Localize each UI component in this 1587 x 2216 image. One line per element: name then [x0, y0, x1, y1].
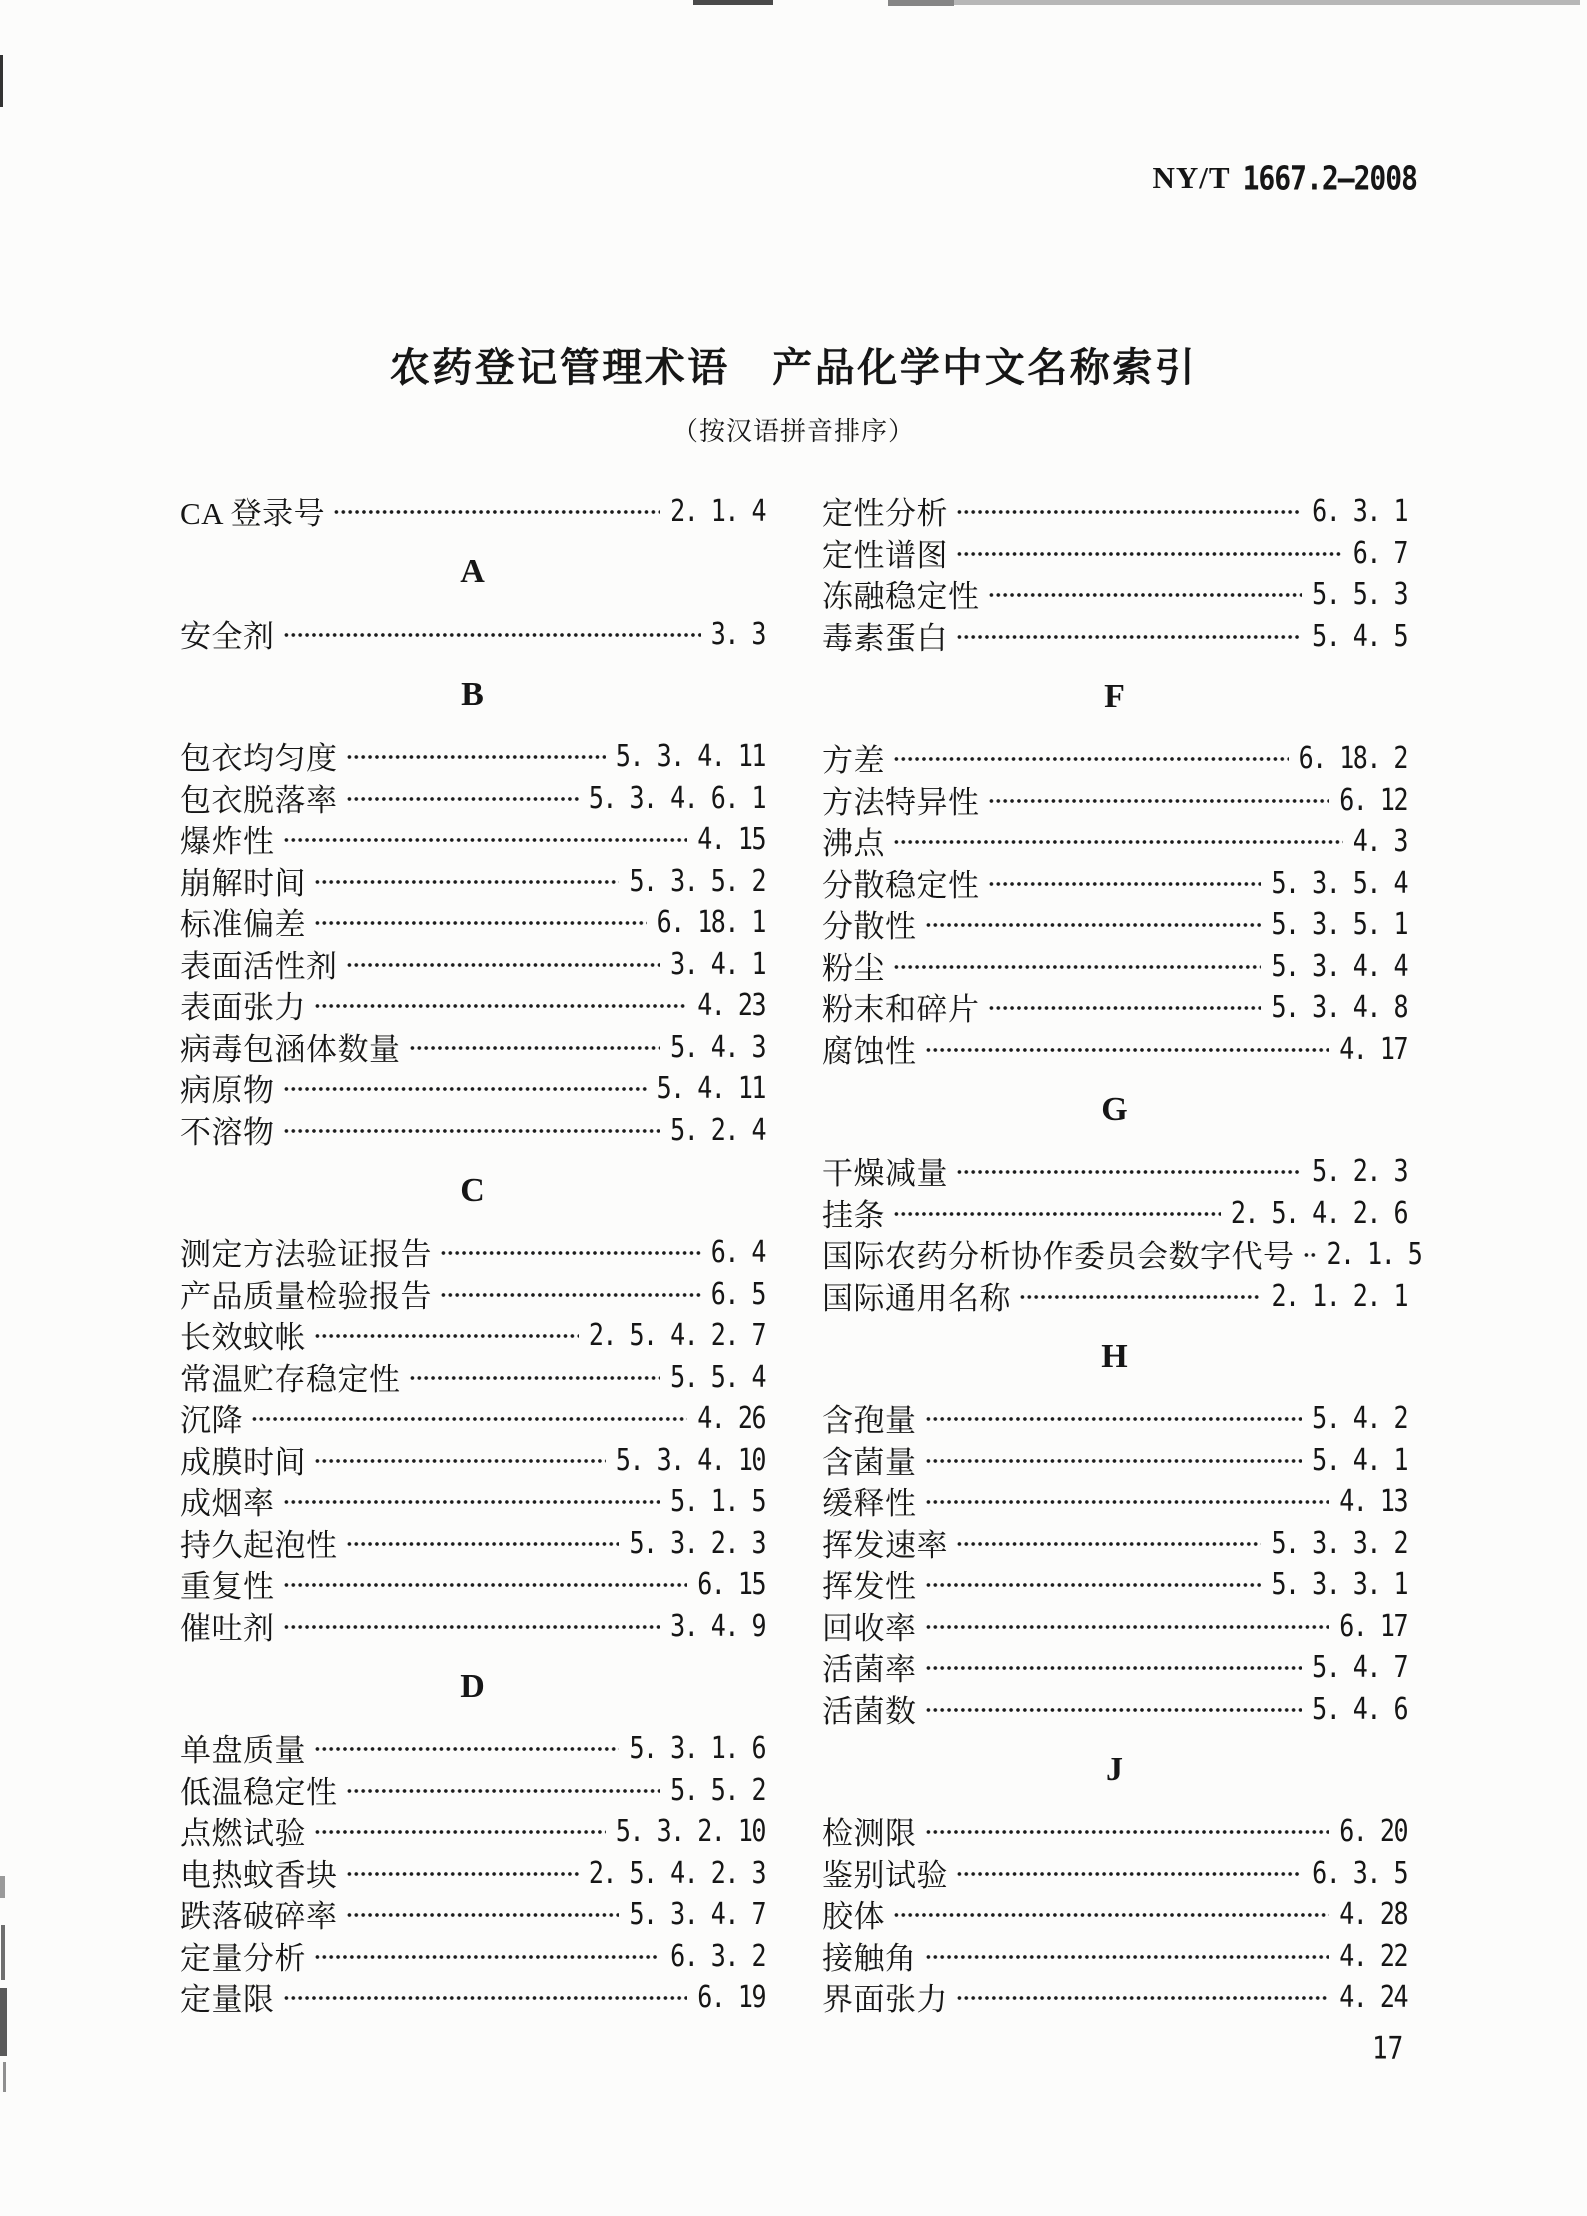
index-entry: 沉降4. 26 [180, 1397, 765, 1439]
dotted-leader [409, 1045, 661, 1051]
index-entry: 挂条2. 5. 4. 2. 6 [822, 1192, 1407, 1234]
dotted-leader [956, 551, 1343, 557]
entry-ref: 3. 4. 9 [670, 1608, 765, 1643]
entry-term: 分散稳定性 [822, 860, 980, 905]
index-entry: 活菌率5. 4. 7 [822, 1646, 1407, 1688]
page-subtitle: （按汉语拼音排序） [0, 411, 1587, 448]
index-entry: 鉴别试验6. 3. 5 [822, 1852, 1407, 1894]
entry-term: 回收率 [822, 1603, 917, 1648]
entry-term: 低温稳定性 [180, 1767, 338, 1812]
dotted-leader [346, 1871, 579, 1877]
entry-ref: 6. 3. 2 [670, 1938, 765, 1973]
dotted-leader [956, 1871, 1302, 1877]
entry-term: 标准偏差 [180, 899, 306, 944]
entry-term: 持久起泡性 [180, 1520, 338, 1565]
entry-term: 不溶物 [180, 1107, 275, 1152]
index-entry: 冻融稳定性5. 5. 3 [822, 573, 1407, 615]
entry-term: 催吐剂 [180, 1603, 275, 1648]
dotted-leader [925, 1624, 1330, 1630]
index-entry: 干燥减量5. 2. 3 [822, 1150, 1407, 1192]
index-entry: 包衣均匀度5. 3. 4. 11 [180, 735, 765, 777]
dotted-leader [314, 1003, 687, 1009]
index-entry: 成烟率5. 1. 5 [180, 1480, 765, 1522]
dotted-leader [346, 1912, 620, 1918]
index-entry: 病毒包涵体数量5. 4. 3 [180, 1026, 765, 1068]
dotted-leader [925, 922, 1262, 928]
entry-term: 检测限 [822, 1808, 917, 1853]
scan-artifact [888, 0, 954, 6]
index-entry: 低温稳定性5. 5. 2 [180, 1769, 765, 1811]
dotted-leader [440, 1250, 701, 1256]
entry-term: 干燥减量 [822, 1148, 948, 1193]
entry-term: 单盘质量 [180, 1725, 306, 1770]
dotted-leader [956, 1169, 1302, 1175]
index-entry: 跌落破碎率5. 3. 4. 7 [180, 1893, 765, 1935]
dotted-leader [283, 1624, 661, 1630]
section-letter-row: B [180, 654, 765, 735]
dotted-leader [346, 796, 579, 802]
entry-term: 表面张力 [180, 982, 306, 1027]
entry-ref: 5. 3. 5. 4 [1271, 865, 1407, 900]
dotted-leader [346, 754, 606, 760]
dotted-leader [925, 1458, 1303, 1464]
section-letter-row: H [822, 1316, 1407, 1397]
entry-term: 包衣均匀度 [180, 733, 338, 778]
index-column-left: CA 登录号2. 1. 4A安全剂3. 3B包衣均匀度5. 3. 4. 11包衣… [180, 490, 765, 2018]
dotted-leader [988, 798, 1330, 804]
section-letter: J [1106, 1751, 1123, 1789]
dotted-leader [333, 509, 660, 515]
entry-term: 病毒包涵体数量 [180, 1024, 401, 1069]
entry-ref: 5. 3. 4. 10 [616, 1442, 765, 1477]
entry-term: 界面张力 [822, 1974, 948, 2019]
index-entry: 粉末和碎片5. 3. 4. 8 [822, 986, 1407, 1028]
entry-ref: 5. 3. 5. 2 [629, 863, 765, 898]
entry-ref: 6. 12 [1339, 782, 1407, 817]
entry-term: 国际通用名称 [822, 1273, 1011, 1318]
entry-term: 接触角 [822, 1933, 917, 1978]
section-letter: D [460, 1668, 485, 1706]
index-entry: 挥发速率5. 3. 3. 2 [822, 1522, 1407, 1564]
entry-ref: 5. 3. 4. 4 [1271, 948, 1407, 983]
scan-artifact [693, 0, 773, 5]
entry-ref: 5. 3. 3. 1 [1271, 1566, 1407, 1601]
entry-ref: 6. 5 [711, 1276, 765, 1311]
index-entry: 催吐剂3. 4. 9 [180, 1605, 765, 1647]
entry-ref: 4. 17 [1339, 1031, 1407, 1066]
page-title: 农药登记管理术语 产品化学中文名称索引 [0, 336, 1587, 393]
entry-term: 沉降 [180, 1395, 243, 1440]
entry-ref: 4. 23 [697, 987, 765, 1022]
entry-term: 缓释性 [822, 1478, 917, 1523]
index-entry: 成膜时间5. 3. 4. 10 [180, 1439, 765, 1481]
dotted-leader [988, 592, 1303, 598]
dotted-leader [925, 1416, 1303, 1422]
index-entry: 定性分析6. 3. 1 [822, 490, 1407, 532]
dotted-leader [893, 964, 1261, 970]
entry-term: 定量分析 [180, 1933, 306, 1978]
section-letter-row: G [822, 1069, 1407, 1150]
page-number: 17 [1372, 2031, 1403, 2067]
index-entry: 回收率6. 17 [822, 1605, 1407, 1647]
index-entry: 重复性6. 15 [180, 1563, 765, 1605]
dotted-leader [956, 509, 1302, 515]
entry-ref: 2. 1. 4 [670, 493, 765, 528]
entry-ref: 2. 5. 4. 2. 3 [589, 1855, 765, 1890]
entry-term: 腐蚀性 [822, 1026, 917, 1071]
entry-ref: 6. 18. 1 [657, 904, 765, 939]
index-entry: 表面张力4. 23 [180, 984, 765, 1026]
entry-term: 分散性 [822, 901, 917, 946]
index-entry: CA 登录号2. 1. 4 [180, 490, 765, 532]
scan-artifact [3, 2062, 6, 2092]
section-letter-row: F [822, 656, 1407, 737]
entry-ref: 2. 5. 4. 2. 7 [589, 1317, 765, 1352]
index-entry: 长效蚊帐2. 5. 4. 2. 7 [180, 1314, 765, 1356]
entry-term: 长效蚊帐 [180, 1312, 306, 1357]
entry-term: 毒素蛋白 [822, 613, 948, 658]
index-entry: 标准偏差6. 18. 1 [180, 901, 765, 943]
index-entry: 定性谱图6. 7 [822, 532, 1407, 574]
entry-ref: 5. 5. 3 [1312, 576, 1407, 611]
entry-ref: 5. 3. 2. 3 [629, 1525, 765, 1560]
index-entry: 粉尘5. 3. 4. 4 [822, 945, 1407, 987]
standard-code-prefix: NY/T [1152, 160, 1230, 196]
entry-ref: 5. 3. 2. 10 [616, 1813, 765, 1848]
dotted-leader [346, 1788, 661, 1794]
entry-term: 粉尘 [822, 943, 885, 988]
dotted-leader [925, 1499, 1330, 1505]
entry-ref: 3. 4. 1 [670, 946, 765, 981]
dotted-leader [314, 1333, 579, 1339]
entry-ref: 6. 17 [1339, 1608, 1407, 1643]
entry-term: CA 登录号 [180, 488, 325, 533]
entry-term: 测定方法验证报告 [180, 1229, 432, 1274]
dotted-leader [956, 634, 1302, 640]
index-entry: 包衣脱落率5. 3. 4. 6. 1 [180, 777, 765, 819]
entry-ref: 5. 5. 4 [670, 1359, 765, 1394]
scan-artifact [0, 1876, 5, 1898]
index-entry: 单盘质量5. 3. 1. 6 [180, 1727, 765, 1769]
entry-term: 含孢量 [822, 1395, 917, 1440]
dotted-leader [314, 879, 619, 885]
dotted-leader [409, 1375, 661, 1381]
section-letter-row: C [180, 1150, 765, 1231]
dotted-leader [440, 1292, 701, 1298]
dotted-leader [956, 1541, 1261, 1547]
entry-term: 活菌数 [822, 1686, 917, 1731]
entry-term: 定性分析 [822, 488, 948, 533]
entry-term: 挂条 [822, 1190, 885, 1235]
dotted-leader [314, 920, 647, 926]
scan-artifact [888, 0, 1580, 5]
index-entry: 常温贮存稳定性5. 5. 4 [180, 1356, 765, 1398]
entry-term: 成烟率 [180, 1478, 275, 1523]
index-entry: 方差6. 18. 2 [822, 737, 1407, 779]
index-entry: 不溶物5. 2. 4 [180, 1109, 765, 1151]
dotted-leader [893, 756, 1289, 762]
index-entry: 含孢量5. 4. 2 [822, 1397, 1407, 1439]
entry-term: 包衣脱落率 [180, 775, 338, 820]
entry-ref: 6. 19 [697, 1979, 765, 2014]
section-letter: H [1101, 1338, 1127, 1376]
dotted-leader [988, 1005, 1262, 1011]
entry-ref: 4. 13 [1339, 1483, 1407, 1518]
index-entry: 含菌量5. 4. 1 [822, 1439, 1407, 1481]
section-letter-row: D [180, 1646, 765, 1727]
index-entry: 爆炸性4. 15 [180, 818, 765, 860]
entry-ref: 6. 7 [1353, 535, 1407, 570]
dotted-leader [346, 962, 661, 968]
entry-ref: 5. 4. 5 [1312, 618, 1407, 653]
dotted-leader [893, 839, 1343, 845]
entry-ref: 6. 18. 2 [1299, 740, 1407, 775]
entry-term: 活菌率 [822, 1644, 917, 1689]
entry-ref: 5. 3. 1. 6 [629, 1730, 765, 1765]
entry-term: 爆炸性 [180, 816, 275, 861]
dotted-leader [925, 1665, 1303, 1671]
entry-ref: 4. 28 [1339, 1896, 1407, 1931]
entry-term: 表面活性剂 [180, 941, 338, 986]
entry-ref: 5. 4. 6 [1312, 1691, 1407, 1726]
index-entry: 持久起泡性5. 3. 2. 3 [180, 1522, 765, 1564]
dotted-leader [925, 1047, 1330, 1053]
entry-term: 沸点 [822, 818, 885, 863]
entry-ref: 5. 3. 4. 6. 1 [589, 780, 765, 815]
dotted-leader [988, 881, 1262, 887]
dotted-leader [893, 1912, 1329, 1918]
entry-ref: 4. 3 [1353, 823, 1407, 858]
index-entry: 沸点4. 3 [822, 820, 1407, 862]
entry-term: 产品质量检验报告 [180, 1271, 432, 1316]
entry-term: 跌落破碎率 [180, 1891, 338, 1936]
entry-ref: 5. 5. 2 [670, 1772, 765, 1807]
entry-ref: 2. 1. 2. 1 [1271, 1278, 1407, 1313]
index-entry: 检测限6. 20 [822, 1810, 1407, 1852]
entry-term: 定性谱图 [822, 530, 948, 575]
section-letter-row: A [180, 532, 765, 613]
entry-term: 鉴别试验 [822, 1850, 948, 1895]
entry-term: 粉末和碎片 [822, 984, 980, 1029]
dotted-leader [925, 1707, 1303, 1713]
entry-term: 冻融稳定性 [822, 571, 980, 616]
dotted-leader [314, 1829, 606, 1835]
entry-term: 重复性 [180, 1561, 275, 1606]
entry-ref: 5. 3. 4. 11 [616, 738, 765, 773]
section-letter: F [1104, 678, 1125, 716]
entry-ref: 6. 3. 1 [1312, 493, 1407, 528]
dotted-leader [925, 1954, 1330, 1960]
entry-term: 国际农药分析协作委员会数字代号 [822, 1231, 1295, 1276]
dotted-leader [283, 1995, 688, 2001]
entry-ref: 5. 4. 2 [1312, 1400, 1407, 1435]
index-entry: 产品质量检验报告6. 5 [180, 1273, 765, 1315]
entry-ref: 5. 3. 4. 8 [1271, 989, 1407, 1024]
index-entry: 缓释性4. 13 [822, 1480, 1407, 1522]
dotted-leader [314, 1458, 606, 1464]
entry-ref: 4. 22 [1339, 1938, 1407, 1973]
index-entry: 电热蚊香块2. 5. 4. 2. 3 [180, 1852, 765, 1894]
entry-ref: 5. 3. 5. 1 [1271, 906, 1407, 941]
index-entry: 点燃试验5. 3. 2. 10 [180, 1810, 765, 1852]
entry-ref: 5. 2. 4 [670, 1112, 765, 1147]
dotted-leader [283, 632, 701, 638]
index-entry: 定量分析6. 3. 2 [180, 1935, 765, 1977]
entry-ref: 6. 4 [711, 1234, 765, 1269]
entry-ref: 5. 2. 3 [1312, 1153, 1407, 1188]
entry-term: 挥发性 [822, 1561, 917, 1606]
index-entry: 胶体4. 28 [822, 1893, 1407, 1935]
entry-ref: 4. 26 [697, 1400, 765, 1435]
entry-ref: 5. 4. 1 [1312, 1442, 1407, 1477]
entry-ref: 6. 3. 5 [1312, 1855, 1407, 1890]
entry-term: 安全剂 [180, 611, 275, 656]
section-letter: G [1101, 1091, 1127, 1129]
dotted-leader [251, 1416, 687, 1422]
index-entry: 国际农药分析协作委员会数字代号2. 1. 5 [822, 1233, 1407, 1275]
entry-term: 成膜时间 [180, 1437, 306, 1482]
scan-artifact [1, 1925, 5, 1980]
entry-term: 胶体 [822, 1891, 885, 1936]
entry-term: 电热蚊香块 [180, 1850, 338, 1895]
entry-term: 含菌量 [822, 1437, 917, 1482]
index-entry: 分散稳定性5. 3. 5. 4 [822, 862, 1407, 904]
entry-ref: 5. 4. 11 [657, 1070, 765, 1105]
dotted-leader [1303, 1252, 1317, 1258]
index-entry: 分散性5. 3. 5. 1 [822, 903, 1407, 945]
dotted-leader [283, 1086, 647, 1092]
dotted-leader [1019, 1294, 1261, 1300]
index-entry: 安全剂3. 3 [180, 613, 765, 655]
entry-ref: 2. 5. 4. 2. 6 [1231, 1195, 1407, 1230]
dotted-leader [283, 1582, 688, 1588]
index-entry: 界面张力4. 24 [822, 1976, 1407, 2018]
section-letter: C [460, 1172, 485, 1210]
dotted-leader [314, 1746, 619, 1752]
index-entry: 方法特异性6. 12 [822, 779, 1407, 821]
index-column-right: 定性分析6. 3. 1定性谱图6. 7冻融稳定性5. 5. 3毒素蛋白5. 4.… [822, 490, 1407, 2018]
entry-ref: 4. 24 [1339, 1979, 1407, 2014]
entry-term: 崩解时间 [180, 858, 306, 903]
section-letter: A [460, 553, 485, 591]
dotted-leader [283, 837, 688, 843]
entry-ref: 6. 15 [697, 1566, 765, 1601]
standard-code-number: 1667.2—2008 [1243, 159, 1417, 198]
entry-ref: 5. 3. 4. 7 [629, 1896, 765, 1931]
dotted-leader [346, 1541, 620, 1547]
index-entry: 毒素蛋白5. 4. 5 [822, 615, 1407, 657]
dotted-leader [314, 1954, 660, 1960]
document-page: NY/T 1667.2—2008 农药登记管理术语 产品化学中文名称索引 （按汉… [0, 0, 1587, 2216]
entry-ref: 5. 4. 7 [1312, 1649, 1407, 1684]
entry-ref: 5. 1. 5 [670, 1483, 765, 1518]
entry-ref: 6. 20 [1339, 1813, 1407, 1848]
entry-term: 方法特异性 [822, 777, 980, 822]
dotted-leader [893, 1211, 1221, 1217]
dotted-leader [956, 1995, 1329, 2001]
entry-term: 定量限 [180, 1974, 275, 2019]
index-entry: 崩解时间5. 3. 5. 2 [180, 860, 765, 902]
index-entry: 测定方法验证报告6. 4 [180, 1231, 765, 1273]
index-entry: 挥发性5. 3. 3. 1 [822, 1563, 1407, 1605]
index-entry: 定量限6. 19 [180, 1976, 765, 2018]
dotted-leader [925, 1582, 1262, 1588]
index-entry: 表面活性剂3. 4. 1 [180, 943, 765, 985]
index-entry: 病原物5. 4. 11 [180, 1067, 765, 1109]
entry-term: 常温贮存稳定性 [180, 1354, 401, 1399]
entry-ref: 3. 3 [711, 616, 765, 651]
entry-ref: 4. 15 [697, 821, 765, 856]
scan-artifact [0, 55, 3, 107]
scan-artifact [0, 1988, 7, 2056]
entry-ref: 2. 1. 5 [1327, 1236, 1422, 1271]
entry-term: 病原物 [180, 1065, 275, 1110]
section-letter-row: J [822, 1729, 1407, 1810]
index-entry: 接触角4. 22 [822, 1935, 1407, 1977]
index-entry: 活菌数5. 4. 6 [822, 1688, 1407, 1730]
index-entry: 国际通用名称2. 1. 2. 1 [822, 1275, 1407, 1317]
dotted-leader [283, 1128, 661, 1134]
standard-code: NY/T 1667.2—2008 [1152, 160, 1417, 196]
entry-term: 挥发速率 [822, 1520, 948, 1565]
entry-ref: 5. 3. 3. 2 [1271, 1525, 1407, 1560]
section-letter: B [461, 676, 484, 714]
index-entry: 腐蚀性4. 17 [822, 1028, 1407, 1070]
entry-ref: 5. 4. 3 [670, 1029, 765, 1064]
entry-term: 方差 [822, 735, 885, 780]
dotted-leader [925, 1829, 1330, 1835]
entry-term: 点燃试验 [180, 1808, 306, 1853]
dotted-leader [283, 1499, 661, 1505]
